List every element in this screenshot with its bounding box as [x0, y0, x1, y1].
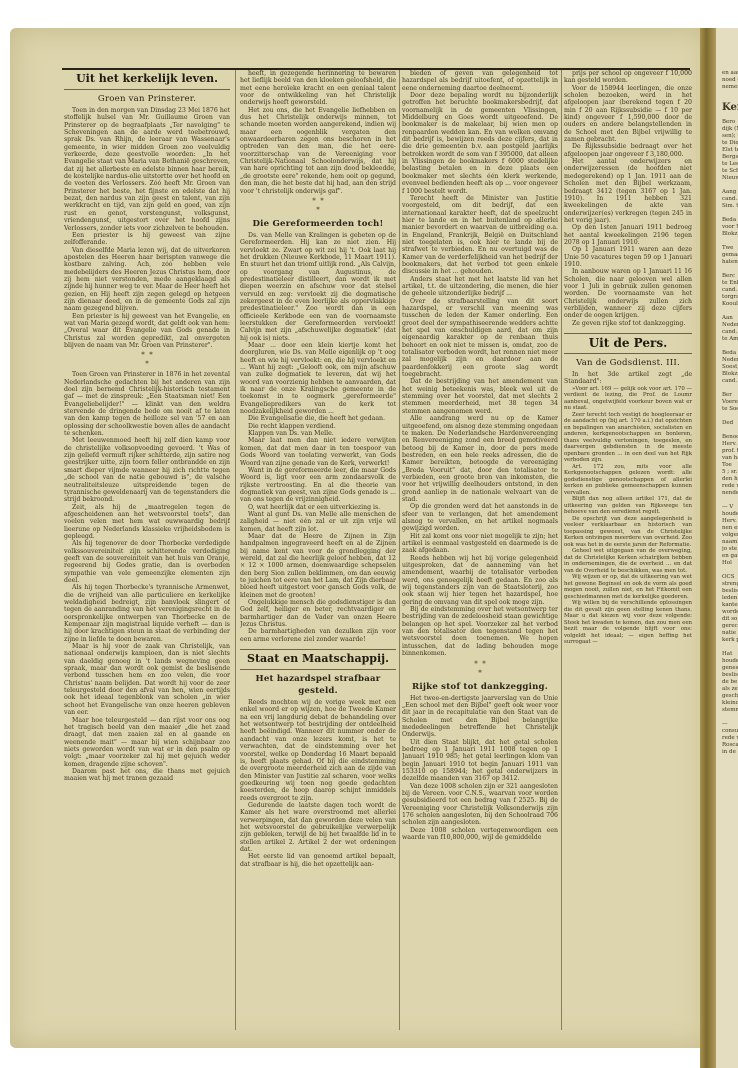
text-line: Hat — [722, 651, 738, 658]
column-divider — [561, 70, 562, 1030]
text-line: te Diem — [722, 140, 738, 147]
text-line: — — [722, 721, 738, 728]
text-line: Herv. b — [722, 441, 738, 448]
text-line: Twe — [722, 245, 738, 252]
text-line: haten J — [722, 259, 738, 266]
text-line — [722, 427, 738, 434]
text-line: van ha — [722, 455, 738, 462]
paragraph: Als hij tegen Thorbecke's tyrannische Ar… — [64, 584, 230, 643]
paragraph: Want al gunt Ds. van Melle alle menschen… — [240, 511, 396, 533]
text-line — [722, 210, 738, 217]
paragraph: Op den 1sten Januari 1911 bedroeg het aa… — [564, 224, 692, 246]
column-1: Uit het kerkelijk leven. Groen van Prins… — [64, 70, 230, 950]
paragraph: Op die gronden werd dat het aanstonds in… — [402, 503, 558, 532]
paragraph: Over de strafbaarstelling van dit soort … — [402, 298, 558, 379]
paragraph: Met leeuwenmoed heeft hij zelf dien kamp… — [64, 437, 230, 503]
text-line — [722, 343, 738, 350]
text-line: jo ste — [722, 546, 738, 553]
text-line — [722, 644, 738, 651]
paragraph: Gedurende de laatste dagen toch wordt de… — [240, 802, 396, 853]
text-line: Voeren — [722, 399, 738, 406]
text-line: noed (v — [722, 77, 738, 84]
paragraph: Daarom past het ons, die thans met gejui… — [64, 768, 230, 783]
paragraph: Zeit, als hij de „maatregelen tegen de a… — [64, 504, 230, 541]
text-line: Aang — [722, 189, 738, 196]
paragraph: Ze geven rijke stof tot dankzegging. — [564, 320, 692, 327]
article-body-rijke-stof-cont: prijs per school op ongeveer f 10,000 ka… — [564, 70, 692, 327]
paragraph: Terecht heeft de Minister van Justitie v… — [402, 195, 558, 276]
text-line: dijk (N- — [722, 126, 738, 133]
text-line: te Leerl — [722, 161, 738, 168]
text-line: te Schen — [722, 168, 738, 175]
paragraph: Dat de bestrijding van het amendement va… — [402, 378, 558, 415]
text-line: nende — [722, 490, 738, 497]
text-line: strenge — [722, 581, 738, 588]
text-line: Hol — [722, 560, 738, 567]
paragraph: Geheel wet uitgegaan van de overweging, … — [564, 548, 692, 574]
text-line: cand. te — [722, 287, 738, 294]
text-line: OCS — [722, 574, 738, 581]
paragraph: Reeds mochten wij de vorige week met een… — [240, 699, 396, 802]
text-line: Toe — [722, 462, 738, 469]
paragraph: Als hij tegenover de door Thorbecke verd… — [64, 540, 230, 584]
text-line: — V — [722, 504, 738, 511]
text-line: Herv. — [722, 518, 738, 525]
text-line: cand. te — [722, 196, 738, 203]
paragraph: Ds. van Melle van Kralingen is gebeten o… — [240, 232, 396, 342]
text-line: gerecht — [722, 623, 738, 630]
paragraph: Zeer terecht toch vestigt de hoogleeraar… — [564, 412, 692, 464]
article-title-godsdienst: Van de Godsdienst. III. — [564, 357, 692, 369]
text-line: 5 ; sr. — [722, 469, 738, 476]
text-line: genes — [722, 665, 738, 672]
text-line: en gan — [722, 553, 738, 560]
paragraph: Maar dat de Heere de Zijnen in Zijn hand… — [240, 533, 396, 599]
asterism: * ** — [402, 660, 558, 678]
text-line: den ha — [722, 476, 738, 483]
text-line: torgraaf — [722, 294, 738, 301]
text-line: Elst te — [722, 147, 738, 154]
text-line: Blokzil — [722, 371, 738, 378]
text-line — [722, 714, 738, 721]
paragraph: Het zou ons, die het Evangelie liefhebbe… — [240, 107, 396, 195]
article-body-hazardspel: Reeds mochten wij de vorige week met een… — [240, 699, 396, 868]
paragraph: Ongelukkige mensch die godsdienstiger is… — [240, 599, 396, 628]
text-line — [722, 266, 738, 273]
column-divider — [235, 70, 236, 1030]
text-line: gesch — [722, 693, 738, 700]
paragraph: Art. 172 zou, mits voor alle Kerkgenoots… — [564, 464, 692, 497]
text-line: prof. te — [722, 448, 738, 455]
column-divider — [399, 70, 400, 1030]
paragraph: Het aantal onderwijzers en onderwijzeres… — [564, 158, 692, 224]
paragraph: Anders staat het met het laatste lid van… — [402, 276, 558, 298]
paragraph: De barmhartigheden van dezulken zijn voo… — [240, 628, 396, 643]
paragraph: Door deze bepaling wordt nu bijzonderlij… — [402, 92, 558, 195]
text-line: consul — [722, 728, 738, 735]
article-body-gereformeerden: Ds. van Melle van Kralingen is gebeten o… — [240, 232, 396, 643]
article-title-hazardspel: Het hazardspel strafbaar gesteld. — [240, 673, 396, 697]
text-line: worden — [722, 609, 738, 616]
paragraph: Wij willen bij de verschillende oplossin… — [564, 600, 692, 646]
text-line: natie b — [722, 630, 738, 637]
facing-page-text: en aanbinoed (vnemen Ker Berodijk (N-sen… — [722, 70, 738, 1030]
text-line: Beda — [722, 217, 738, 224]
article-body-groen-cont: Toen Groen van Prinsterer in 1876 in het… — [64, 371, 230, 782]
text-line: Beda — [722, 350, 738, 357]
article-body-hazardspel-cont: bieden of geven van gelegenheid tot haza… — [402, 70, 558, 658]
text-line: Ded — [722, 420, 738, 427]
text-line — [722, 497, 738, 504]
paragraph: Want in de gereformeerde leer, die maar … — [240, 467, 396, 504]
section-title-staat: Staat en Maatschappij. — [240, 649, 396, 670]
text-line: houden — [722, 658, 738, 665]
text-line: rede v — [722, 735, 738, 742]
paragraph: Reeds hebben wij het bij vorige gelegenh… — [402, 555, 558, 606]
text-line: Rosca — [722, 742, 738, 749]
paragraph: Maar hoe teleurgesteld — dan rijst voor … — [64, 717, 230, 768]
section-title-uit-de-pers: Uit de Pers. — [564, 333, 692, 354]
text-line: Bero — [722, 119, 738, 126]
text-line: Aan — [722, 315, 738, 322]
text-line: in de — [722, 749, 738, 756]
article-body-rijke-stof: Het twee-en-dertigste jaarverslag van de… — [402, 695, 558, 842]
paragraph: Een priester is hij geweest van zijne ze… — [64, 232, 230, 247]
paragraph: In aanbouw waren op 1 Januari 11 16 Scho… — [564, 268, 692, 319]
text-line: kanten — [722, 602, 738, 609]
text-line — [722, 567, 738, 574]
facing-section-title: Ker — [722, 101, 738, 115]
text-line: Ber — [722, 392, 738, 399]
paragraph: Die Evangelisatie die, die heeft het ged… — [240, 415, 396, 422]
paragraph: Toen in den morgen van Dinsdag 23 Mei 18… — [64, 107, 230, 232]
text-line: Nederla — [722, 357, 738, 364]
article-title-rijke-stof: Rijke stof tot dankzegging. — [402, 681, 558, 693]
paragraph: Voor de 158944 leerlingen, die onze scho… — [564, 85, 692, 144]
paragraph: Het eerste lid van genoemd artikel bepaa… — [240, 853, 396, 868]
article-title-groen: Groen van Prinsterer. — [64, 93, 230, 105]
text-line: de be — [722, 679, 738, 686]
text-line: leden — [722, 595, 738, 602]
text-line: te Soest — [722, 406, 738, 413]
paragraph: Van deze 1008 scholen zijn er 321 aanges… — [402, 783, 558, 827]
text-line: nemen — [722, 84, 738, 91]
paragraph: Wij wijzen er op, dat de uitkeering van … — [564, 574, 692, 600]
text-line: houden — [722, 511, 738, 518]
text-line: kleino — [722, 700, 738, 707]
article-body-groen-end: heeft, in gezegende herinnering te bewar… — [240, 70, 396, 195]
column-4: prijs per school op ongeveer f 10,000 ka… — [564, 70, 692, 970]
paragraph: Hit zal komt ons voor niet mogelijk te z… — [402, 533, 558, 555]
paragraph: Klappen van Ds. van Melle. — [240, 430, 396, 437]
column-3: bieden of geven van gelegenheid tot haza… — [402, 70, 558, 1030]
paragraph: prijs per school op ongeveer f 10,000 ka… — [564, 70, 692, 85]
paragraph: Maar laat men dan niet iedere verwijten … — [240, 437, 396, 466]
text-line: Soest; — [722, 364, 738, 371]
paragraph: Alle aandrang werd nu op de Kamer uitgeo… — [402, 415, 558, 503]
text-line: cand. te — [722, 378, 738, 385]
text-line: rede w — [722, 483, 738, 490]
asterism: * ** — [240, 197, 396, 215]
text-line: naamle — [722, 539, 738, 546]
text-line: volgen — [722, 532, 738, 539]
text-line: Berc — [722, 273, 738, 280]
paragraph: Van dieselfde Maria lezen wij, dat de ui… — [64, 247, 230, 313]
paragraph: Uit dien Staat blijkt, dat het getal sch… — [402, 739, 558, 783]
article-lead: In het 3de artikel zegt „de Standaard": — [564, 371, 692, 386]
text-line — [722, 238, 738, 245]
text-line — [722, 385, 738, 392]
text-line: Sim. te — [722, 203, 738, 210]
paragraph: De opschrijt van deze aangelegenheid is … — [564, 516, 692, 549]
asterism: * ** — [64, 351, 230, 369]
text-line: dit so — [722, 616, 738, 623]
text-line: nen en — [722, 525, 738, 532]
section-title-kerkelijk-leven: Uit het kerkelijk leven. — [64, 70, 230, 90]
text-line — [722, 413, 738, 420]
text-line: kerk p — [722, 637, 738, 644]
book-gutter — [700, 28, 716, 1068]
text-line: sen); te — [722, 133, 738, 140]
paragraph: Toen Groen van Prinsterer in 1876 in het… — [64, 371, 230, 437]
text-line: Nieuwa — [722, 175, 738, 182]
paragraph: »Voor art. 169 — gelijk ook voor art. 17… — [564, 386, 692, 412]
paragraph: Een priester is hij geweest van het Evan… — [64, 313, 230, 350]
text-line: als ze — [722, 686, 738, 693]
text-line: te Enli — [722, 280, 738, 287]
paragraph: Blijft dan nog alleen artikel 171, dat d… — [564, 496, 692, 516]
paragraph: Bij de eindstemming over het wetsontwerp… — [402, 606, 558, 657]
text-line — [722, 182, 738, 189]
text-line: Benoo — [722, 434, 738, 441]
paragraph: Het twee-en-dertigste jaarverslag van de… — [402, 695, 558, 739]
article-title-gereformeerden: Die Gereformeerden toch! — [240, 218, 396, 230]
paragraph: Deze 1008 scholen vertegenwoordigen een … — [402, 827, 558, 842]
text-line: voor U — [722, 224, 738, 231]
text-line: en aanbi — [722, 70, 738, 77]
text-line: beslis — [722, 588, 738, 595]
paragraph: Maar is hij voor de zaak van Christelijk… — [64, 643, 230, 716]
text-line: beslist — [722, 672, 738, 679]
text-line: Nederla — [722, 322, 738, 329]
paragraph: Die recht klappen verdiend. — [240, 423, 396, 430]
article-body-godsdienst: »Voor art. 169 — gelijk ook voor art. 17… — [564, 386, 692, 646]
text-line: Bergsch — [722, 154, 738, 161]
article-body-groen: Toen in den morgen van Dinsdag 23 Mei 18… — [64, 107, 230, 349]
text-line: gemaan — [722, 252, 738, 259]
text-line: cand. te — [722, 329, 738, 336]
paragraph: heeft, in gezegende herinnering te bewar… — [240, 70, 396, 107]
text-line: Kooulei — [722, 301, 738, 308]
text-line: stemm — [722, 707, 738, 714]
column-2: heeft, in gezegende herinnering te bewar… — [240, 70, 396, 1030]
paragraph: bieden of geven van gelegenheid tot haza… — [402, 70, 558, 92]
paragraph: Maar ... door een klein kiertje komt het… — [240, 342, 396, 415]
paragraph: De Rijkssubsidie bedraagt over het afgel… — [564, 143, 692, 158]
text-line: Blokzl. — [722, 231, 738, 238]
text-line: te Amst — [722, 336, 738, 343]
paragraph: O, wat heerlijk dat er een uitverkiezing… — [240, 504, 396, 511]
paragraph: Op 1 Januari 1911 waren aan deze Unie 50… — [564, 246, 692, 268]
text-line — [722, 308, 738, 315]
